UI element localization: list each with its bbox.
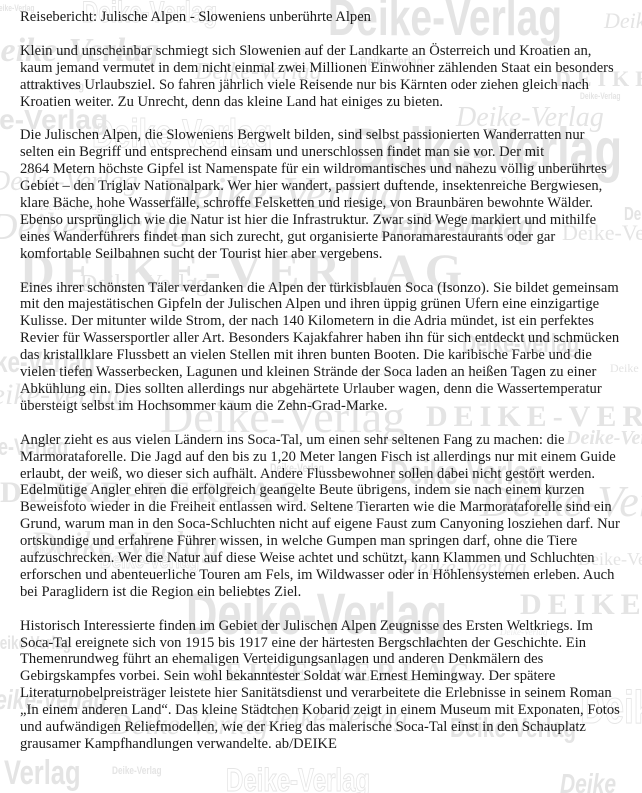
text-line: Beweisfoto wieder in die Freiheit entlas… xyxy=(20,499,642,516)
document-title: Reisebericht: Julische Alpen - Slowenien… xyxy=(20,9,642,26)
text-line: bei Paraglidern ist die Region ein belie… xyxy=(20,584,642,601)
text-line: attraktives Urlaubsziel. So fahren jährl… xyxy=(20,77,642,94)
text-line: eines Wanderführers findet man sich zure… xyxy=(20,229,642,246)
text-line: grausamer Kampfhandlungen verwandelte. a… xyxy=(20,736,642,753)
text-line: aufzuschrecken. Wer die Natur auf diese … xyxy=(20,550,642,567)
text-line: Edelmütige Angler ehren die erfolgreich … xyxy=(20,482,642,499)
text-line: das kristallklare Flussbett an vielen St… xyxy=(20,347,642,364)
text-line: Grund, warum man in den Soca-Schluchten … xyxy=(20,516,642,533)
text-line: „In einem anderen Land“. Das kleine Städ… xyxy=(20,702,642,719)
text-line: Die Julischen Alpen, die Sloweniens Berg… xyxy=(20,127,642,144)
text-line: 2864 Metern höchste Gipfel ist Namenspat… xyxy=(20,161,642,178)
document-body: Reisebericht: Julische Alpen - Slowenien… xyxy=(0,0,642,753)
text-line: komfortable Seilbahnen sucht der Tourist… xyxy=(20,246,642,263)
watermark: Deike xyxy=(560,770,616,793)
text-line: Kroatien weiter. Zu Unrecht, denn das kl… xyxy=(20,94,642,111)
text-line: Gebirgskampfes vorbei. Sein wohl bekannt… xyxy=(20,668,642,685)
text-line: Kulisse. Der mitunter wilde Strom, der n… xyxy=(20,313,642,330)
text-line: mit den majestätischen Gipfeln der Julis… xyxy=(20,296,642,313)
text-line: Angler zieht es aus vielen Ländern ins S… xyxy=(20,432,642,449)
text-line: Marmorataforelle. Die Jagd auf den bis z… xyxy=(20,449,642,466)
text-line: kaum jemand vermutet in dem nicht einmal… xyxy=(20,60,642,77)
text-line: vielen tiefen Wasserbecken, Lagunen und … xyxy=(20,364,642,381)
paragraph: Klein und unscheinbar schmiegt sich Slow… xyxy=(20,43,642,111)
text-line: erforschen und abenteuerliche Touren am … xyxy=(20,567,642,584)
text-line: Ebenso ursprünglich wie die Natur ist hi… xyxy=(20,212,642,229)
watermark: Deike-Verlag xyxy=(112,766,162,777)
watermark: Deike-Verlag xyxy=(226,764,370,793)
text-line: erlaubt, der weiß, wo dieser sich aufhäl… xyxy=(20,466,642,483)
text-line: selten ein Begriff und entsprechend eins… xyxy=(20,144,642,161)
paragraph: Die Julischen Alpen, die Sloweniens Berg… xyxy=(20,127,642,262)
text-line: Soca-Tal ereignete sich von 1915 bis 191… xyxy=(20,635,642,652)
text-line: Klein und unscheinbar schmiegt sich Slow… xyxy=(20,43,642,60)
paragraph: Eines ihrer schönsten Täler verdanken di… xyxy=(20,280,642,415)
text-line: Eines ihrer schönsten Täler verdanken di… xyxy=(20,280,642,297)
text-line: Themenrundweg führt an ehemaligen Vertei… xyxy=(20,651,642,668)
text-line: Gebiet – den Triglav Nationalpark. Wer h… xyxy=(20,178,642,195)
text-line: ortskundige und erfahrene Führer wissen,… xyxy=(20,533,642,550)
text-line: übersteigt selbst im Hochsommer kaum die… xyxy=(20,398,642,415)
text-line: Literaturnobelpreisträger leistete hier … xyxy=(20,685,642,702)
text-line: Abkühlung ein. Dies sollten allerdings n… xyxy=(20,381,642,398)
text-line: klare Bäche, hohe Wasserfälle, schroffe … xyxy=(20,195,642,212)
text-line: Revier für Wassersportler aller Art. Bes… xyxy=(20,330,642,347)
text-line: und aufwändigen Reliefmodellen, wie der … xyxy=(20,719,642,736)
paragraph: Historisch Interessierte finden im Gebie… xyxy=(20,618,642,753)
watermark: Verlag xyxy=(4,756,81,790)
text-line: Historisch Interessierte finden im Gebie… xyxy=(20,618,642,635)
paragraph: Angler zieht es aus vielen Ländern ins S… xyxy=(20,432,642,601)
